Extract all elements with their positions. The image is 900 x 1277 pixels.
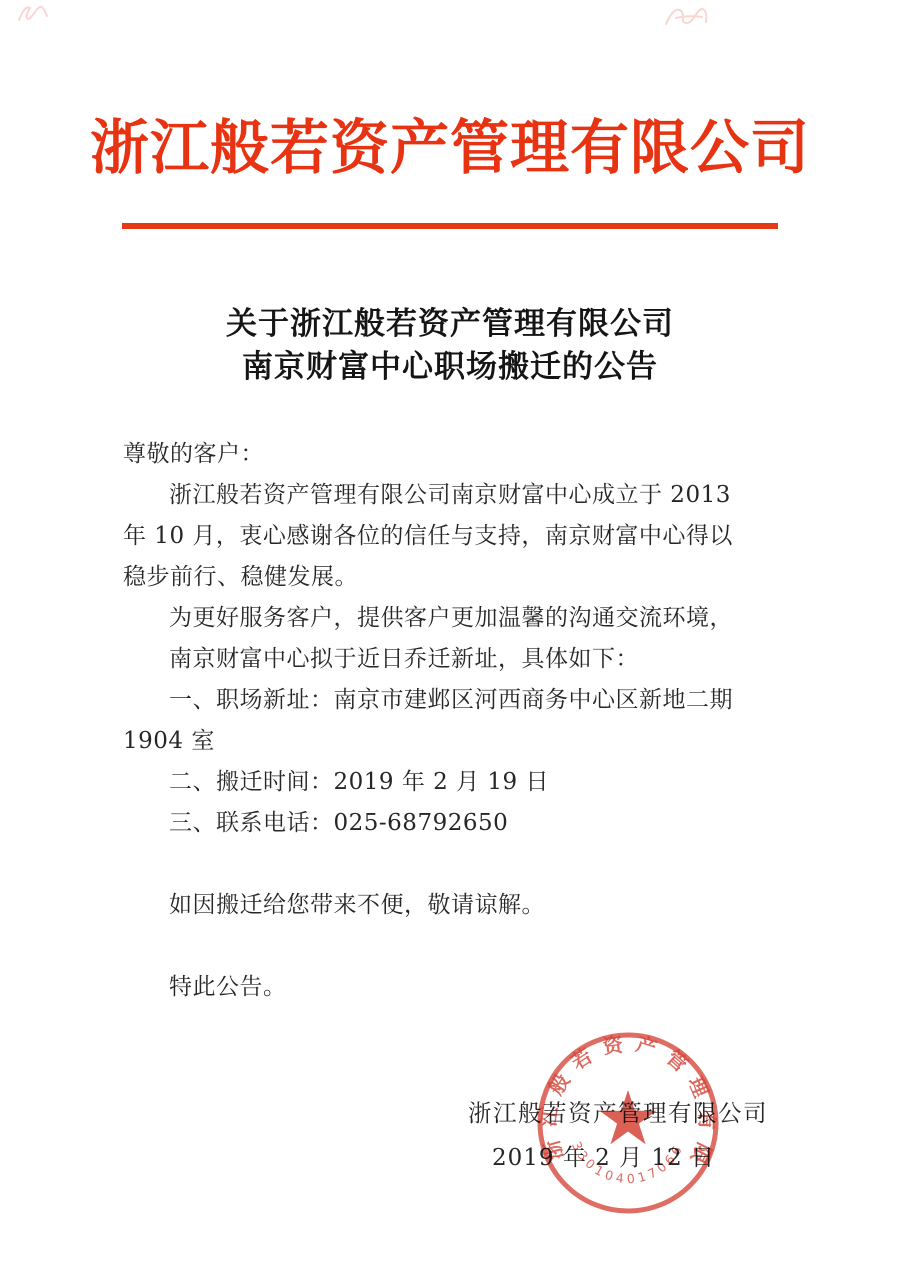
contact-phone-line: 三、联系电话：025-68792650 [123,803,777,844]
body-line: 南京财富中心拟于近日乔迁新址，具体如下： [123,639,777,680]
body-line: 浙江般若资产管理有限公司南京财富中心成立于 2013 [123,475,777,516]
apology-line: 如因搬迁给您带来不便，敬请谅解。 [123,885,777,926]
body-line: 年 10 月，衷心感谢各位的信任与支持，南京财富中心得以 [123,516,777,557]
pen-scribble-right [662,4,710,30]
room-number-line: 1904 室 [123,721,777,762]
body-line: 稳步前行、稳健发展。 [123,557,777,598]
document-title-line2: 南京财富中心职场搬迁的公告 [0,346,900,389]
moving-date-line: 二、搬迁时间：2019 年 2 月 19 日 [123,762,777,803]
signature-date: 2019 年 2 月 12 日 [492,1139,715,1172]
signature-company-name: 浙江般若资产管理有限公司 [468,1094,768,1128]
closing-line: 特此公告。 [123,967,777,1008]
new-address-line: 一、职场新址：南京市建邺区河西商务中心区新地二期 [123,680,777,721]
pen-scribble-left [16,2,50,24]
document-title: 关于浙江般若资产管理有限公司 南京财富中心职场搬迁的公告 [0,303,900,389]
letterhead-rule [122,223,778,229]
announcement-document: 浙江般若资产管理有限公司 关于浙江般若资产管理有限公司 南京财富中心职场搬迁的公… [0,0,900,1277]
document-body: 尊敬的客户： 浙江般若资产管理有限公司南京财富中心成立于 2013 年 10 月… [123,434,777,1008]
document-title-line1: 关于浙江般若资产管理有限公司 [0,303,900,346]
salutation-line: 尊敬的客户： [123,434,777,475]
body-line: 为更好服务客户，提供客户更加温馨的沟通交流环境， [123,598,777,639]
letterhead-company-name: 浙江般若资产管理有限公司 [0,105,900,191]
